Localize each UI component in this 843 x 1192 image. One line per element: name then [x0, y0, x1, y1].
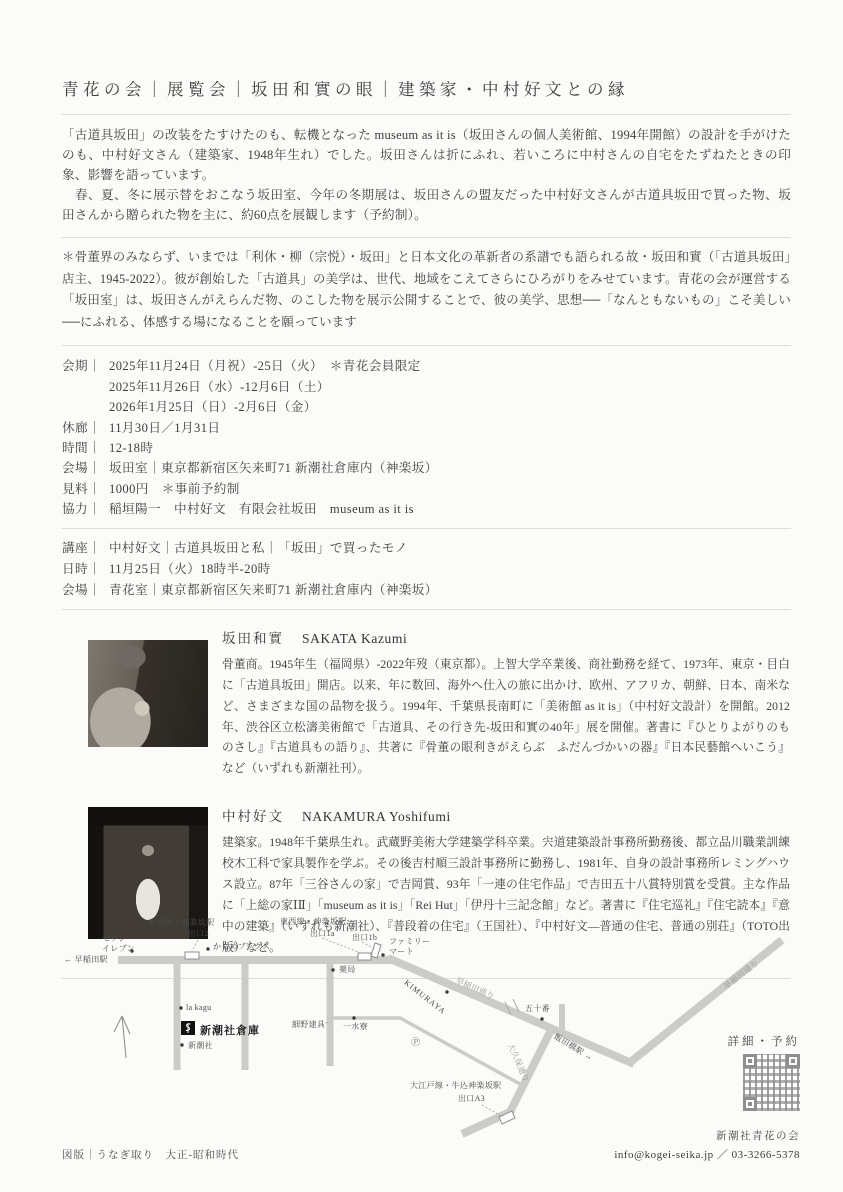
info-row-venue: 会場｜ 坂田室｜東京都新宿区矢来町71 新潮社倉庫内（神楽坂） [62, 458, 791, 478]
map-label-tozai-east-station: 東西線・神楽坂駅 [280, 917, 346, 927]
bio-sakata-body: 坂田和實SAKATA Kazumi 骨董商。1945年生（福岡県）-2022年歿… [222, 627, 790, 792]
map-label-family-mart: ファミリー マート [389, 937, 430, 956]
bio-name-jp: 中村好文 [222, 809, 284, 824]
map-label-exit-1b: 出口1b [352, 933, 377, 943]
map-label-tozai-west-station: 東西線・神楽坂駅 [148, 918, 214, 928]
qr-finder-icon [743, 1054, 757, 1068]
info-row-closed: 休廊｜ 11月30日／1月31日 [62, 418, 791, 438]
lecture-row-venue: 会場｜ 青花室｜東京都新宿区矢来町71 新潮社倉庫内（神楽坂） [62, 580, 791, 601]
map-label-issuiryo: 一水寮 [343, 1022, 368, 1032]
info-label: 見料｜ [62, 479, 109, 499]
map-label-oedo-station: 大江戸線・牛込神楽坂駅 [410, 1081, 501, 1091]
info-label: 協力｜ [62, 499, 109, 519]
map-label-seven-eleven: セブン イレブン [102, 934, 135, 953]
bio-sakata: 坂田和實SAKATA Kazumi 骨董商。1945年生（福岡県）-2022年歿… [88, 627, 791, 792]
info-value: 2026年1月25日（日）-2月6日（金） [62, 397, 791, 417]
divider [62, 528, 791, 529]
bio-nakamura-name: 中村好文NAKAMURA Yoshifumi [222, 805, 790, 825]
bio-name-jp: 坂田和實 [222, 631, 284, 646]
info-row-dates-3: 2026年1月25日（日）-2月6日（金） [62, 397, 791, 417]
info-value: 11月30日／1月31日 [109, 418, 791, 438]
info-label: 会場｜ [62, 580, 109, 601]
north-arrow-icon [114, 1016, 130, 1058]
map-label-kamome-books: かもめブックス [213, 942, 270, 952]
divider [62, 345, 791, 346]
map-label-hosono-tategu: 細野建具 [292, 1020, 325, 1030]
bio-sakata-name: 坂田和實SAKATA Kazumi [222, 627, 790, 647]
info-value: 2025年11月26日（水）-12月6日（土） [62, 377, 791, 397]
info-label: 休廊｜ [62, 418, 109, 438]
details-reservation-label: 詳細・予約 [728, 1033, 801, 1049]
map-label-shinchosha-soko: 新潮社倉庫 [200, 1022, 260, 1038]
info-value: 稲垣陽一 中村好文 有限会社坂田 museum as it is [109, 499, 791, 519]
info-label: 会期｜ [62, 356, 109, 376]
divider [62, 237, 791, 238]
map-label-exit-1a: 出口1a [310, 929, 335, 939]
info-label: 会場｜ [62, 458, 109, 478]
map-roads [62, 918, 802, 1156]
info-label: 時間｜ [62, 438, 109, 458]
qr-finder-icon [743, 1097, 757, 1111]
shinchosha-logo-icon [181, 1021, 195, 1035]
info-row-dates-2: 2025年11月26日（水）-12月6日（土） [62, 377, 791, 397]
parking-icon: Ⓟ [411, 1035, 420, 1048]
image-caption: 図版｜うなぎ取り 大正-昭和時代 [62, 1147, 239, 1162]
main-column: 青花の会｜展覧会｜坂田和實の眼｜建築家・中村好文との縁 「古道具坂田」の改装をた… [62, 76, 791, 979]
info-row-dates: 会期｜ 2025年11月24日（月祝）-25日（火） ＊青花会員限定 [62, 356, 791, 376]
map-label-gojuban: 五十番 [525, 1004, 550, 1014]
map-label-yakkyoku: 薬局 [339, 965, 356, 975]
access-map: 東西線・神楽坂駅 出口2 東西線・神楽坂駅 出口1a 出口1b セブン イレブン… [62, 918, 802, 1156]
info-value: 中村好文｜古道具坂田と私｜「坂田」で買ったモノ [109, 538, 791, 559]
note-paragraph: ＊骨董界のみならず、いまでは「利休・柳（宗悦）・坂田」と日本文化の革新者の系譜で… [62, 247, 791, 333]
contact-info: info@kogei-seika.jp ／ 03-3266-5378 [614, 1146, 800, 1162]
intro-paragraph-1: 「古道具坂田」の改装をたすけたのも、転機となった museum as it is… [62, 125, 791, 185]
intro-paragraph-2: 春、夏、冬に展示替をおこなう坂田室、今年の冬期展は、坂田さんの盟友だった中村好文… [62, 185, 791, 225]
map-label-exit-2: 出口2 [188, 929, 209, 939]
info-value: 12-18時 [109, 438, 791, 458]
exhibition-info: 会期｜ 2025年11月24日（月祝）-25日（火） ＊青花会員限定 2025年… [62, 356, 791, 519]
map-label-la-kagu: la kagu [186, 1003, 211, 1013]
lecture-row-datetime: 日時｜ 11月25日（火）18時半-20時 [62, 559, 791, 580]
bio-name-en: NAKAMURA Yoshifumi [302, 809, 451, 824]
lecture-row-title: 講座｜ 中村好文｜古道具坂田と私｜「坂田」で買ったモノ [62, 538, 791, 559]
qr-finder-icon [786, 1054, 800, 1068]
qr-code [743, 1054, 800, 1111]
bio-sakata-text: 骨董商。1945年生（福岡県）-2022年歿（東京都）。上智大学卒業後、商社勤務… [222, 655, 790, 780]
info-value: 2025年11月24日（月祝）-25日（火） ＊青花会員限定 [109, 356, 791, 376]
bio-name-en: SAKATA Kazumi [302, 631, 407, 646]
info-row-cooperation: 協力｜ 稲垣陽一 中村好文 有限会社坂田 museum as it is [62, 499, 791, 519]
lecture-info: 講座｜ 中村好文｜古道具坂田と私｜「坂田」で買ったモノ 日時｜ 11月25日（火… [62, 538, 791, 602]
info-row-fee: 見料｜ 1000円 ＊事前予約制 [62, 479, 791, 499]
divider [62, 114, 791, 115]
info-value: 11月25日（火）18時半-20時 [109, 559, 791, 580]
map-label-shinchosha: 新潮社 [188, 1041, 213, 1051]
flyer-page: { "header": { "title": "青花の会｜展覧会｜坂田和實の眼｜… [0, 0, 843, 1192]
info-value: 1000円 ＊事前予約制 [109, 479, 791, 499]
organization-name: 新潮社青花の会 [716, 1128, 800, 1143]
divider [62, 609, 791, 610]
info-label: 日時｜ [62, 559, 109, 580]
info-value: 坂田室｜東京都新宿区矢来町71 新潮社倉庫内（神楽坂） [109, 458, 791, 478]
map-label-oedo-exit-a3: 出口A3 [458, 1094, 485, 1104]
page-title: 青花の会｜展覧会｜坂田和實の眼｜建築家・中村好文との縁 [62, 76, 791, 100]
info-row-hours: 時間｜ 12-18時 [62, 438, 791, 458]
sakata-photo [88, 640, 208, 747]
info-label: 講座｜ [62, 538, 109, 559]
map-label-waseda-station: ← 早稲田駅 [64, 955, 108, 965]
info-value: 青花室｜東京都新宿区矢来町71 新潮社倉庫内（神楽坂） [109, 580, 791, 601]
